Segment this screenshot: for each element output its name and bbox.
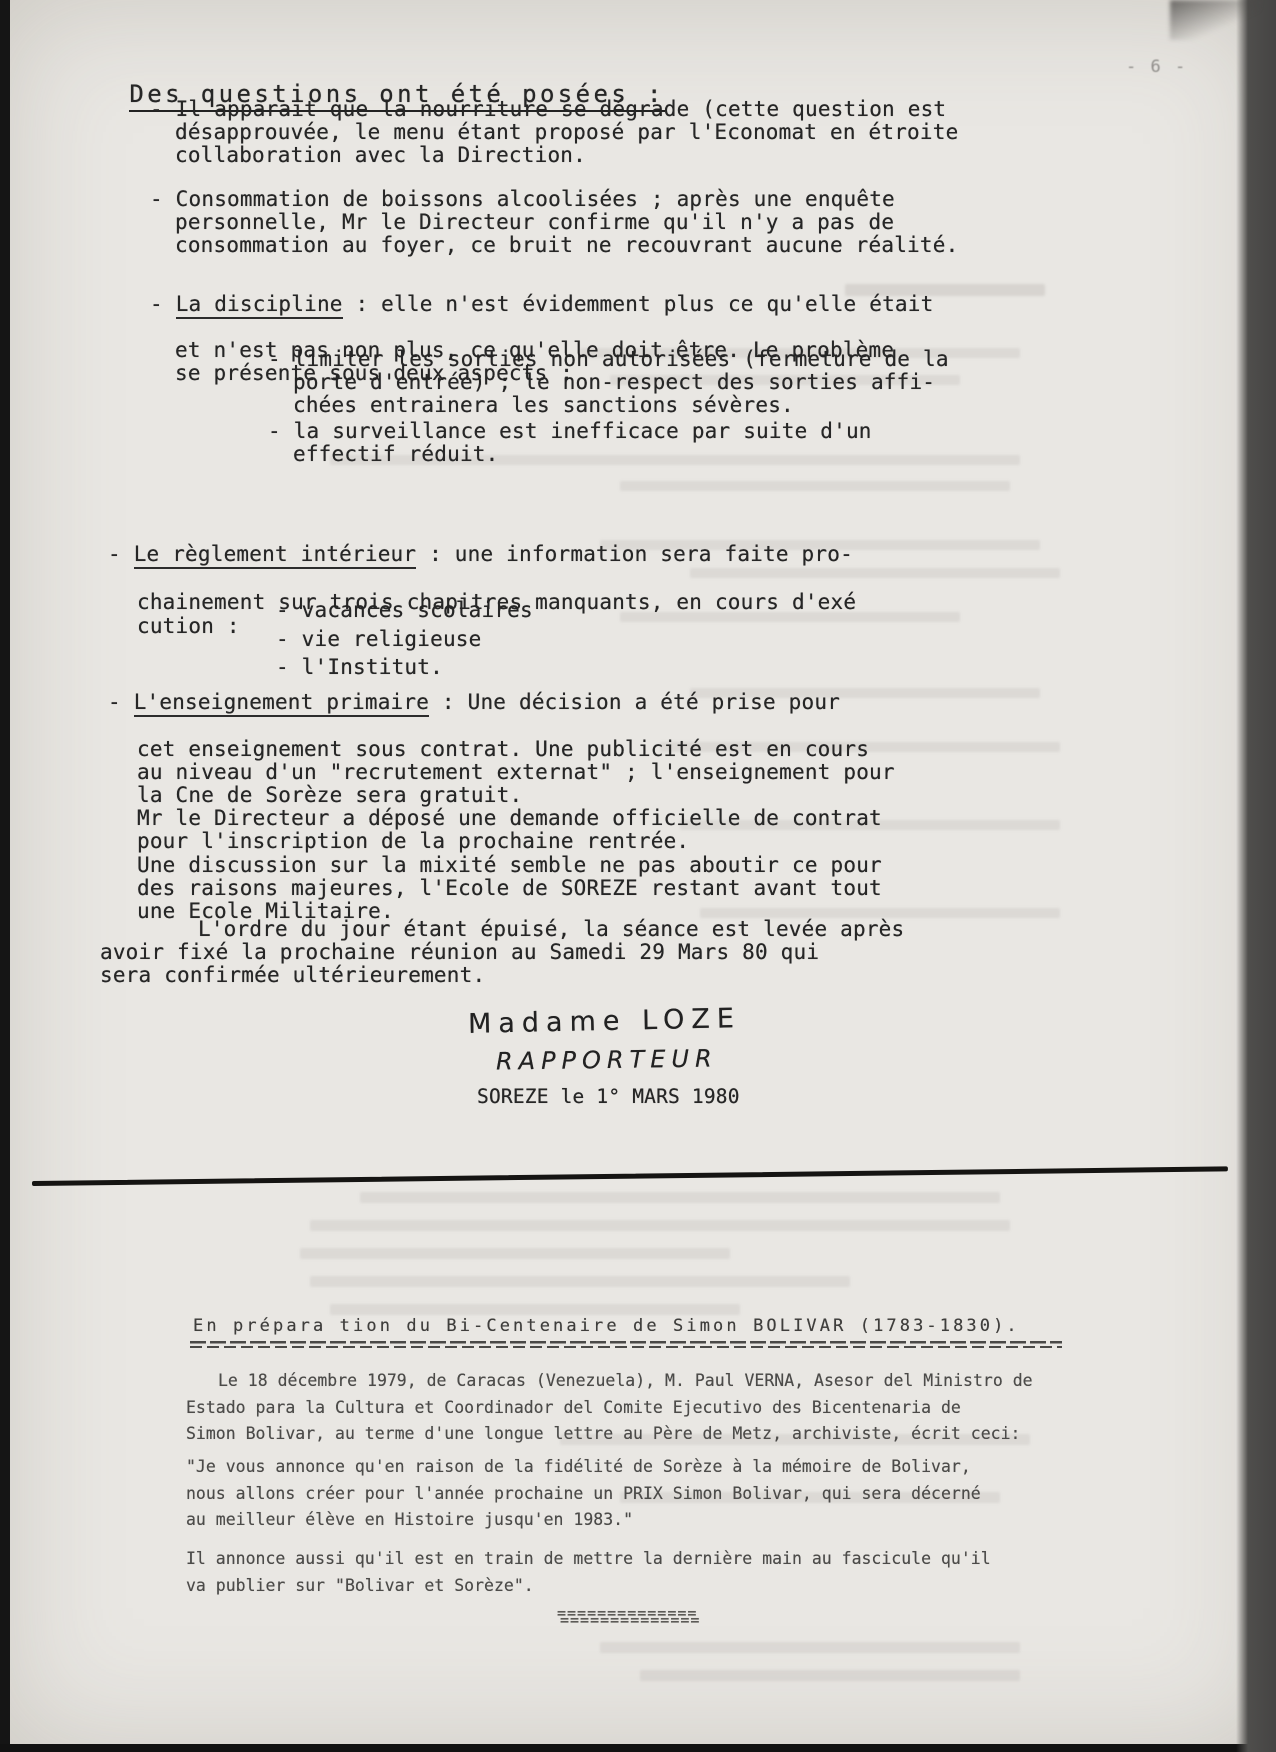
bullet-discipline-first-line: - La discipline : elle n'est évidemment … (150, 293, 1030, 316)
end-divider-overstrike: ============== (560, 1611, 700, 1629)
bullet-dash: - (150, 292, 176, 316)
place-date-line: SOREZE le 1° MARS 1980 (477, 1085, 740, 1108)
handwritten-signature-name: Madame LOZE (468, 1003, 742, 1040)
section-divider-line (32, 1166, 1228, 1185)
scan-edge-left (0, 0, 10, 1752)
bleed-through-artifact (310, 1276, 850, 1287)
bleed-through-artifact (310, 1220, 1010, 1231)
bullet-dash: - (108, 542, 134, 566)
bullet-food-quality: - Il apparait que la nourriture se dégra… (150, 98, 1025, 167)
enseignement-continuation: cet enseignement sous contrat. Une publi… (137, 738, 1028, 924)
scanned-document-page: - 6 - Des questions ont été posées : - I… (0, 0, 1276, 1752)
enseignement-underlined-lead: L'enseignement primaire (134, 690, 429, 717)
reglement-first-line-rest: : une information sera faite pro- (416, 542, 853, 566)
bolivar-paragraph-3: Il annonce aussi qu'il est en train de m… (186, 1546, 1086, 1599)
bullet-reglement-first-line: - Le règlement intérieur : une informati… (108, 542, 1028, 566)
discipline-first-line-rest: : elle n'est évidemment plus ce qu'elle … (343, 292, 934, 316)
bullet-dash: - (108, 690, 134, 714)
discipline-underlined-lead: La discipline (176, 292, 343, 319)
handwritten-signature-role: RAPPORTEUR (496, 1044, 718, 1075)
bolivar-paragraph-2: "Je vous annonce qu'en raison de la fidé… (186, 1454, 1086, 1534)
bleed-through-artifact (330, 1304, 740, 1315)
scan-edge-bottom (0, 1744, 1276, 1752)
bullet-surveillance: - la surveillance est inefficace par sui… (268, 420, 1053, 466)
bullet-enseignement-first-line: - L'enseignement primaire : Une décision… (108, 691, 1028, 714)
bullet-sorties: - limiter les sorties non autorisées (fe… (268, 348, 1053, 417)
bleed-through-artifact (620, 481, 1010, 491)
bolivar-paragraph-1: Le 18 décembre 1979, de Caracas (Venezue… (186, 1368, 1086, 1448)
bolivar-heading: En prépara tion du Bi-Centenaire de Simo… (193, 1316, 1020, 1336)
bullet-alcohol-consumption: - Consommation de boissons alcoolisées ;… (150, 188, 1025, 257)
enseignement-first-line-rest: : Une décision a été prise pour (429, 690, 840, 714)
bleed-through-artifact (640, 1670, 1020, 1681)
scan-corner-shadow (1170, 0, 1260, 40)
closing-paragraph: L'ordre du jour étant épuisé, la séance … (100, 918, 1000, 987)
bolivar-heading-underline (190, 1341, 1062, 1348)
reglement-underlined-lead: Le règlement intérieur (134, 542, 417, 569)
bleed-through-artifact (300, 1248, 730, 1259)
bullet-enseignement: - L'enseignement primaire : Une décision… (108, 668, 1028, 946)
bleed-through-artifact (600, 1642, 1020, 1653)
page-number: - 6 - (1126, 57, 1187, 77)
bleed-through-artifact (360, 1192, 1000, 1203)
scan-edge-right (1236, 0, 1276, 1752)
